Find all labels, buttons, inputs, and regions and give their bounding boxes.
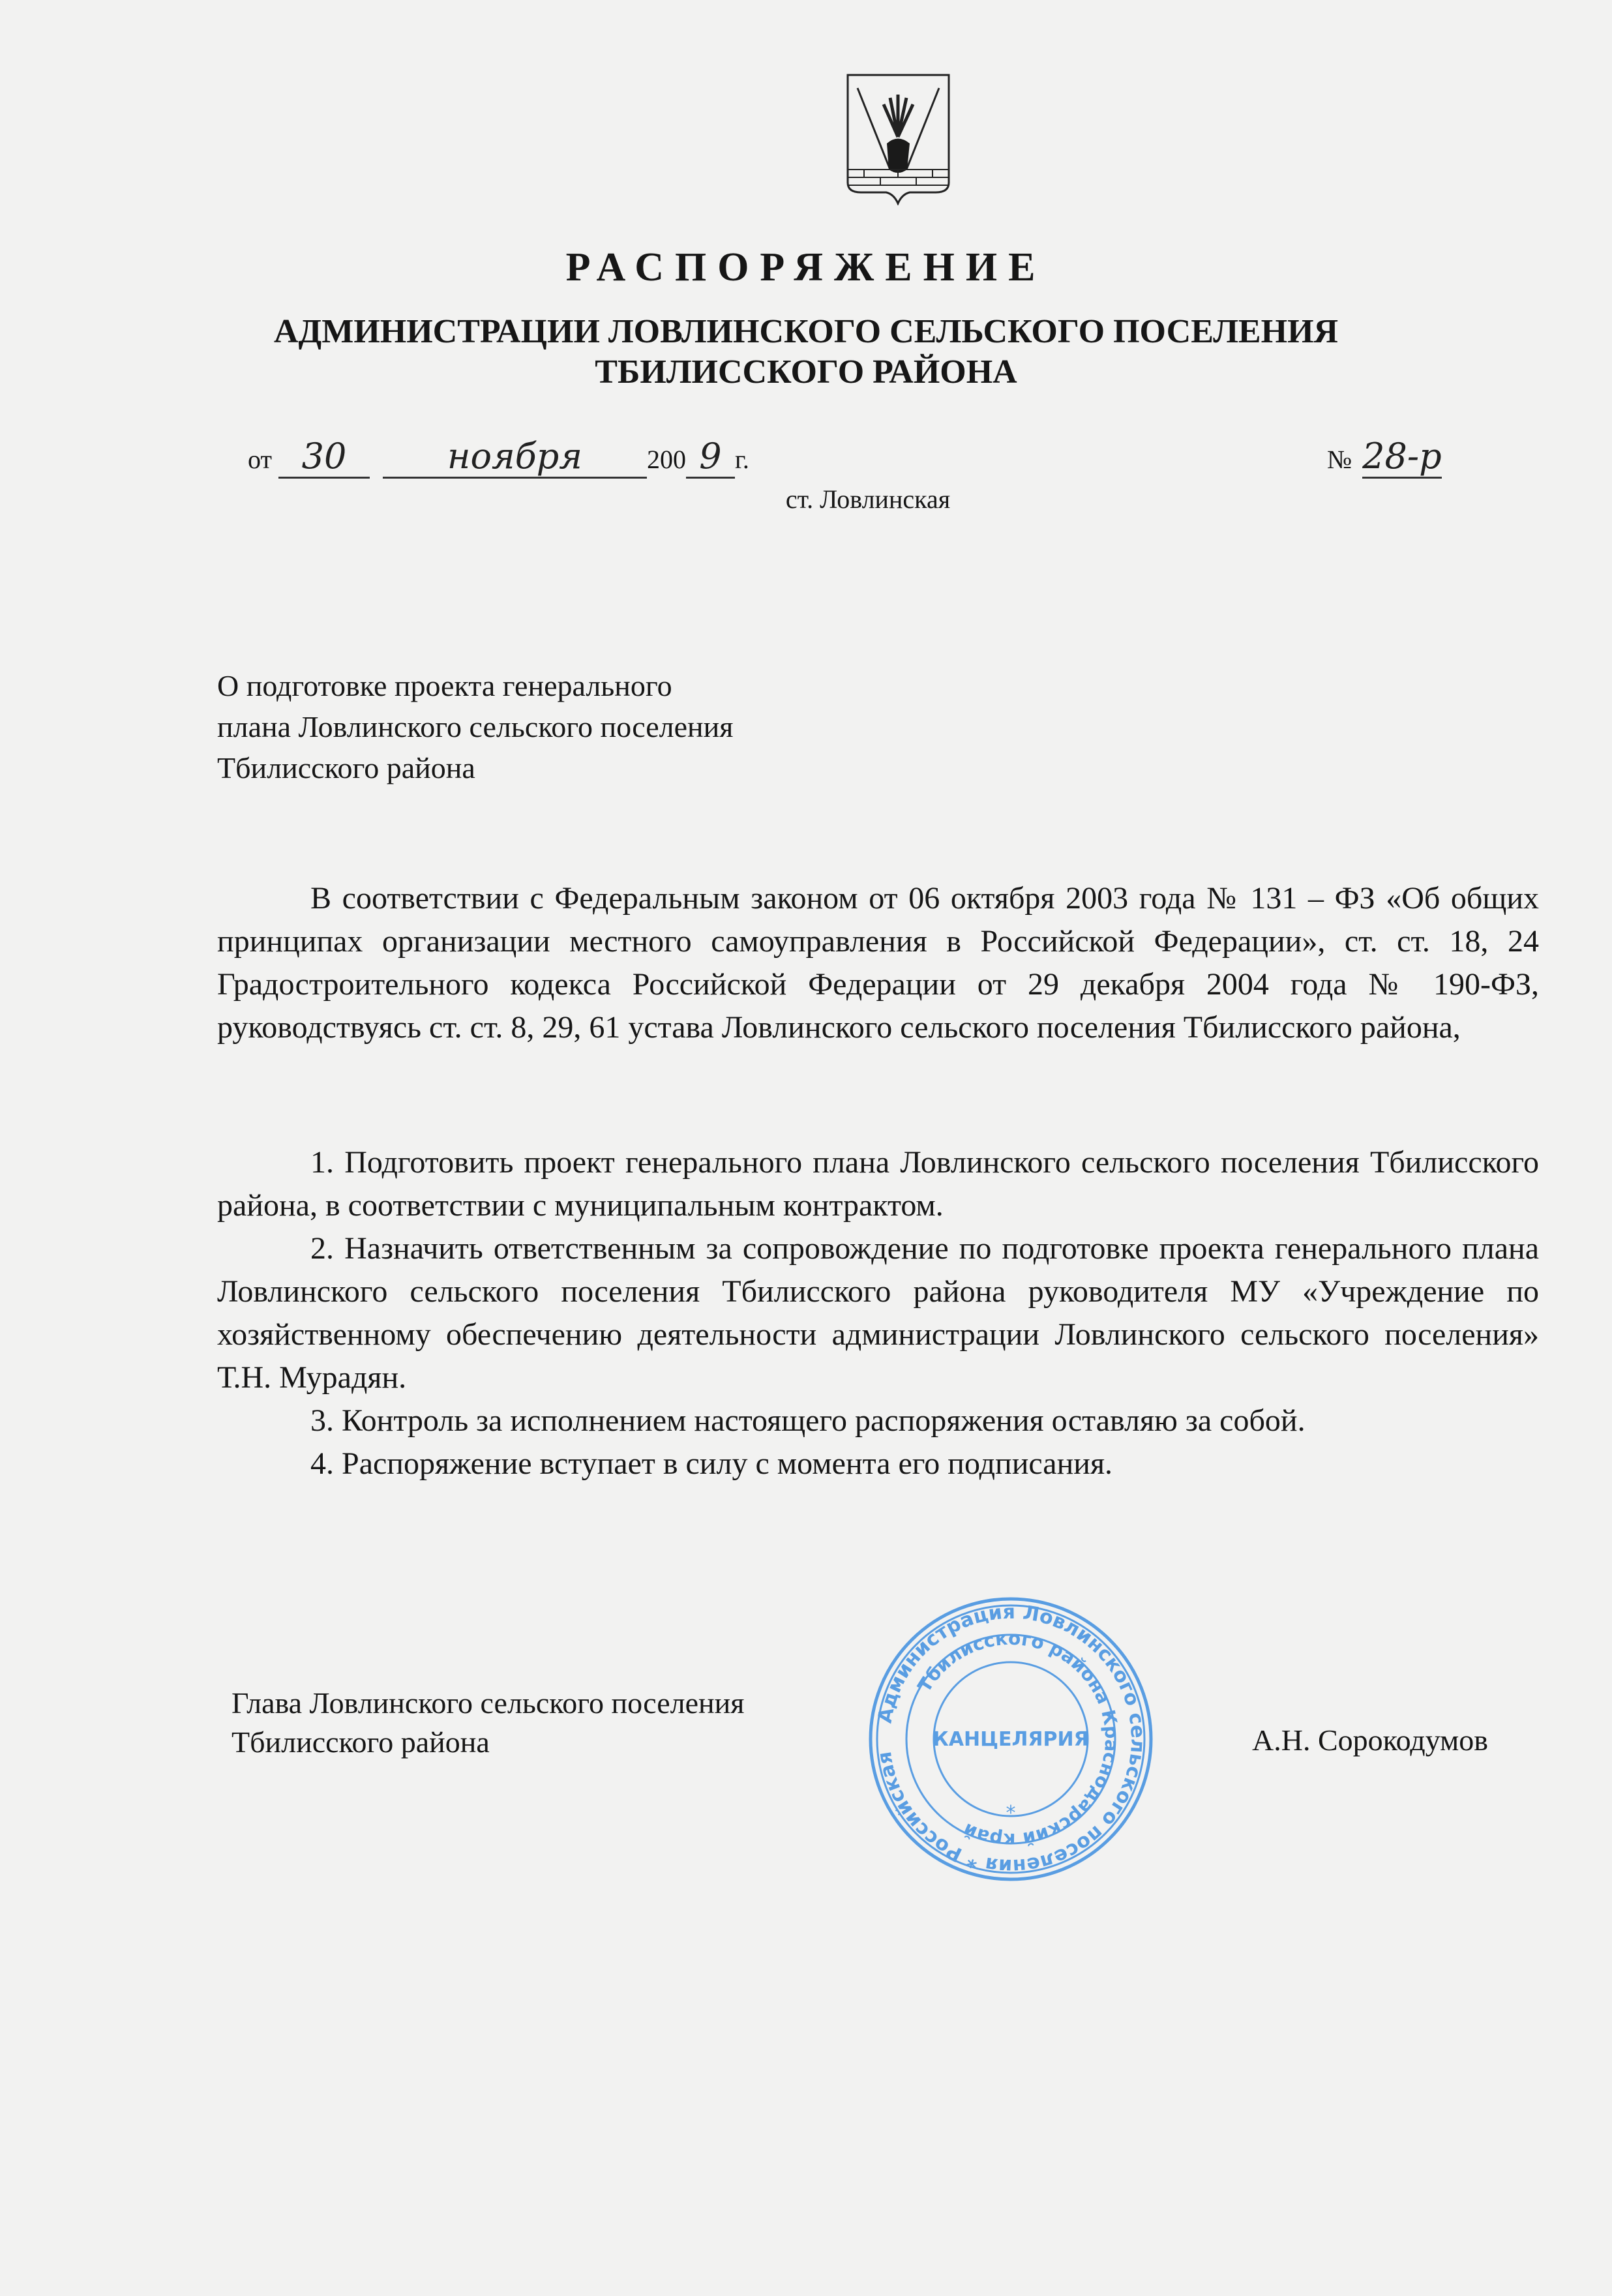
- date-suffix: г.: [735, 444, 749, 475]
- date-month: ноября: [383, 436, 647, 479]
- organization-line-1: АДМИНИСТРАЦИИ ЛОВЛИНСКОГО СЕЛЬСКОГО ПОСЕ…: [0, 312, 1612, 352]
- preamble-paragraph: В соответствии с Федеральным законом от …: [217, 877, 1539, 1049]
- subject-line: плана Ловлинского сельского поселения: [217, 706, 733, 747]
- signatory-name: А.Н. Сорокодумов: [1252, 1723, 1488, 1757]
- organization-line-2: ТБИЛИССКОГО РАЙОНА: [0, 352, 1612, 393]
- order-item: 3. Контроль за исполнением настоящего ра…: [217, 1399, 1539, 1442]
- order-item: 2. Назначить ответственным за сопровожде…: [217, 1227, 1539, 1399]
- document-subject: О подготовке проекта генерального плана …: [217, 665, 733, 788]
- document-date: от 30 ноября2009г.: [248, 436, 749, 479]
- stamp-center-text: КАНЦЕЛЯРИЯ: [933, 1728, 1088, 1751]
- document-page: РАСПОРЯЖЕНИЕ АДМИНИСТРАЦИИ ЛОВЛИНСКОГО С…: [0, 0, 1612, 2296]
- number-value: 28-р: [1362, 436, 1442, 479]
- position-line: Глава Ловлинского сельского поселения: [231, 1684, 744, 1723]
- date-year-prefix: 200: [647, 444, 686, 475]
- coat-of-arms-icon: [844, 72, 952, 205]
- subject-line: О подготовке проекта генерального: [217, 665, 733, 706]
- subject-line: Тбилисского района: [217, 747, 733, 788]
- order-item: 1. Подготовить проект генерального плана…: [217, 1141, 1539, 1227]
- document-title: РАСПОРЯЖЕНИЕ: [0, 245, 1612, 291]
- number-label: №: [1327, 445, 1352, 474]
- date-prefix: от: [248, 444, 272, 475]
- date-day: 30: [278, 436, 370, 479]
- document-number: № 28-р: [1327, 436, 1442, 477]
- official-stamp-icon: Администрация Ловлинского сельского посе…: [866, 1594, 1156, 1885]
- date-year-digit: 9: [686, 436, 735, 479]
- place-of-issue: ст. Ловлинская: [0, 484, 1612, 514]
- order-item: 4. Распоряжение вступает в силу с момент…: [217, 1442, 1539, 1485]
- order-items: 1. Подготовить проект генерального плана…: [217, 1141, 1539, 1485]
- signatory-position: Глава Ловлинского сельского поселения Тб…: [231, 1684, 744, 1762]
- svg-text:*: *: [1006, 1802, 1016, 1825]
- position-line: Тбилисского района: [231, 1723, 744, 1762]
